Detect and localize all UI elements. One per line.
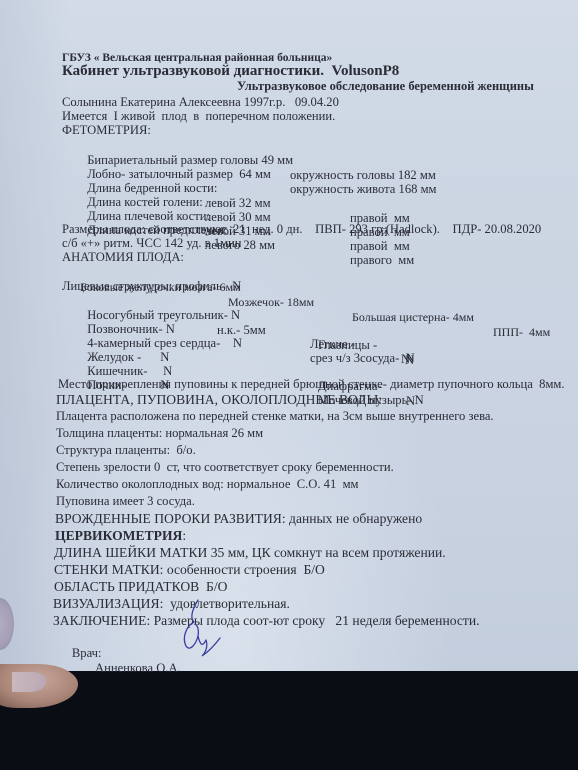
placenta-line: Структура плаценты: б/о. [56,443,196,458]
fingernail [12,672,46,692]
cervicometry-title: ЦЕРВИКОМЕТРИЯ: [55,528,186,543]
fetometry-title: ФЕТОМЕТРИЯ: [62,123,151,138]
placenta-line: Степень зрелости 0 ст, что соответствует… [56,460,394,475]
doctor-name: Анненкова О.А. [95,661,181,676]
fetus-status: Имеется I живой плод в поперечном положе… [62,109,335,124]
heart-rate: с/б «+» ритм. ЧСС 142 уд. в 1мин [62,236,242,251]
uterine-walls: СТЕНКИ МАТКИ: особенности строения Б/О [54,562,325,577]
adnexa: ОБЛАСТЬ ПРИДАТКОВ Б/О [54,579,227,594]
document-paper: ГБУЗ « Вельская центральная районная бол… [0,0,578,671]
anatomy-title: АНАТОМИЯ ПЛОДА: [62,250,184,265]
exam-title: Ультразвуковое обследование беременной ж… [237,79,534,94]
umbilical-attachment: Место прикрепления пуповины к передней б… [58,377,565,392]
placenta-line: Плацента расположена по передней стенке … [56,409,494,424]
placenta-line: Толщина плаценты: нормальная 26 мм [56,426,263,441]
doctor-label: Врач: [72,646,102,660]
visualization: ВИЗУАЛИЗАЦИЯ: удовлетворительная. [53,596,290,611]
malformations: ВРОЖДЕННЫЕ ПОРОКИ РАЗВИТИЯ: данных не об… [55,511,422,526]
placenta-line: Пуповина имеет 3 сосуда. [56,494,195,509]
cabinet-title: Кабинет ультразвуковой диагностики. Volu… [62,64,399,79]
cervix-length: ДЛИНА ШЕЙКИ МАТКИ 35 мм, ЦК сомкнут на в… [54,545,446,560]
face-structures: Лицевые структуры: профиль- N [62,279,241,294]
fetal-size-summary: Размеры плода: соответствуют 21 нед. 0 д… [62,222,541,237]
signature-mark [180,596,230,658]
patient-line: Солынина Екатерина Алексеевна 1997г.р. 0… [62,95,339,110]
conclusion: ЗАКЛЮЧЕНИЕ: Размеры плода соот-ют сроку … [53,613,480,628]
placenta-title: ПЛАЦЕНТА, ПУПОВИНА, ОКОЛОПЛОДНЫЕ ВОДЫ: [56,392,382,407]
placenta-line: Количество околоплодных вод: нормальное … [56,477,359,492]
